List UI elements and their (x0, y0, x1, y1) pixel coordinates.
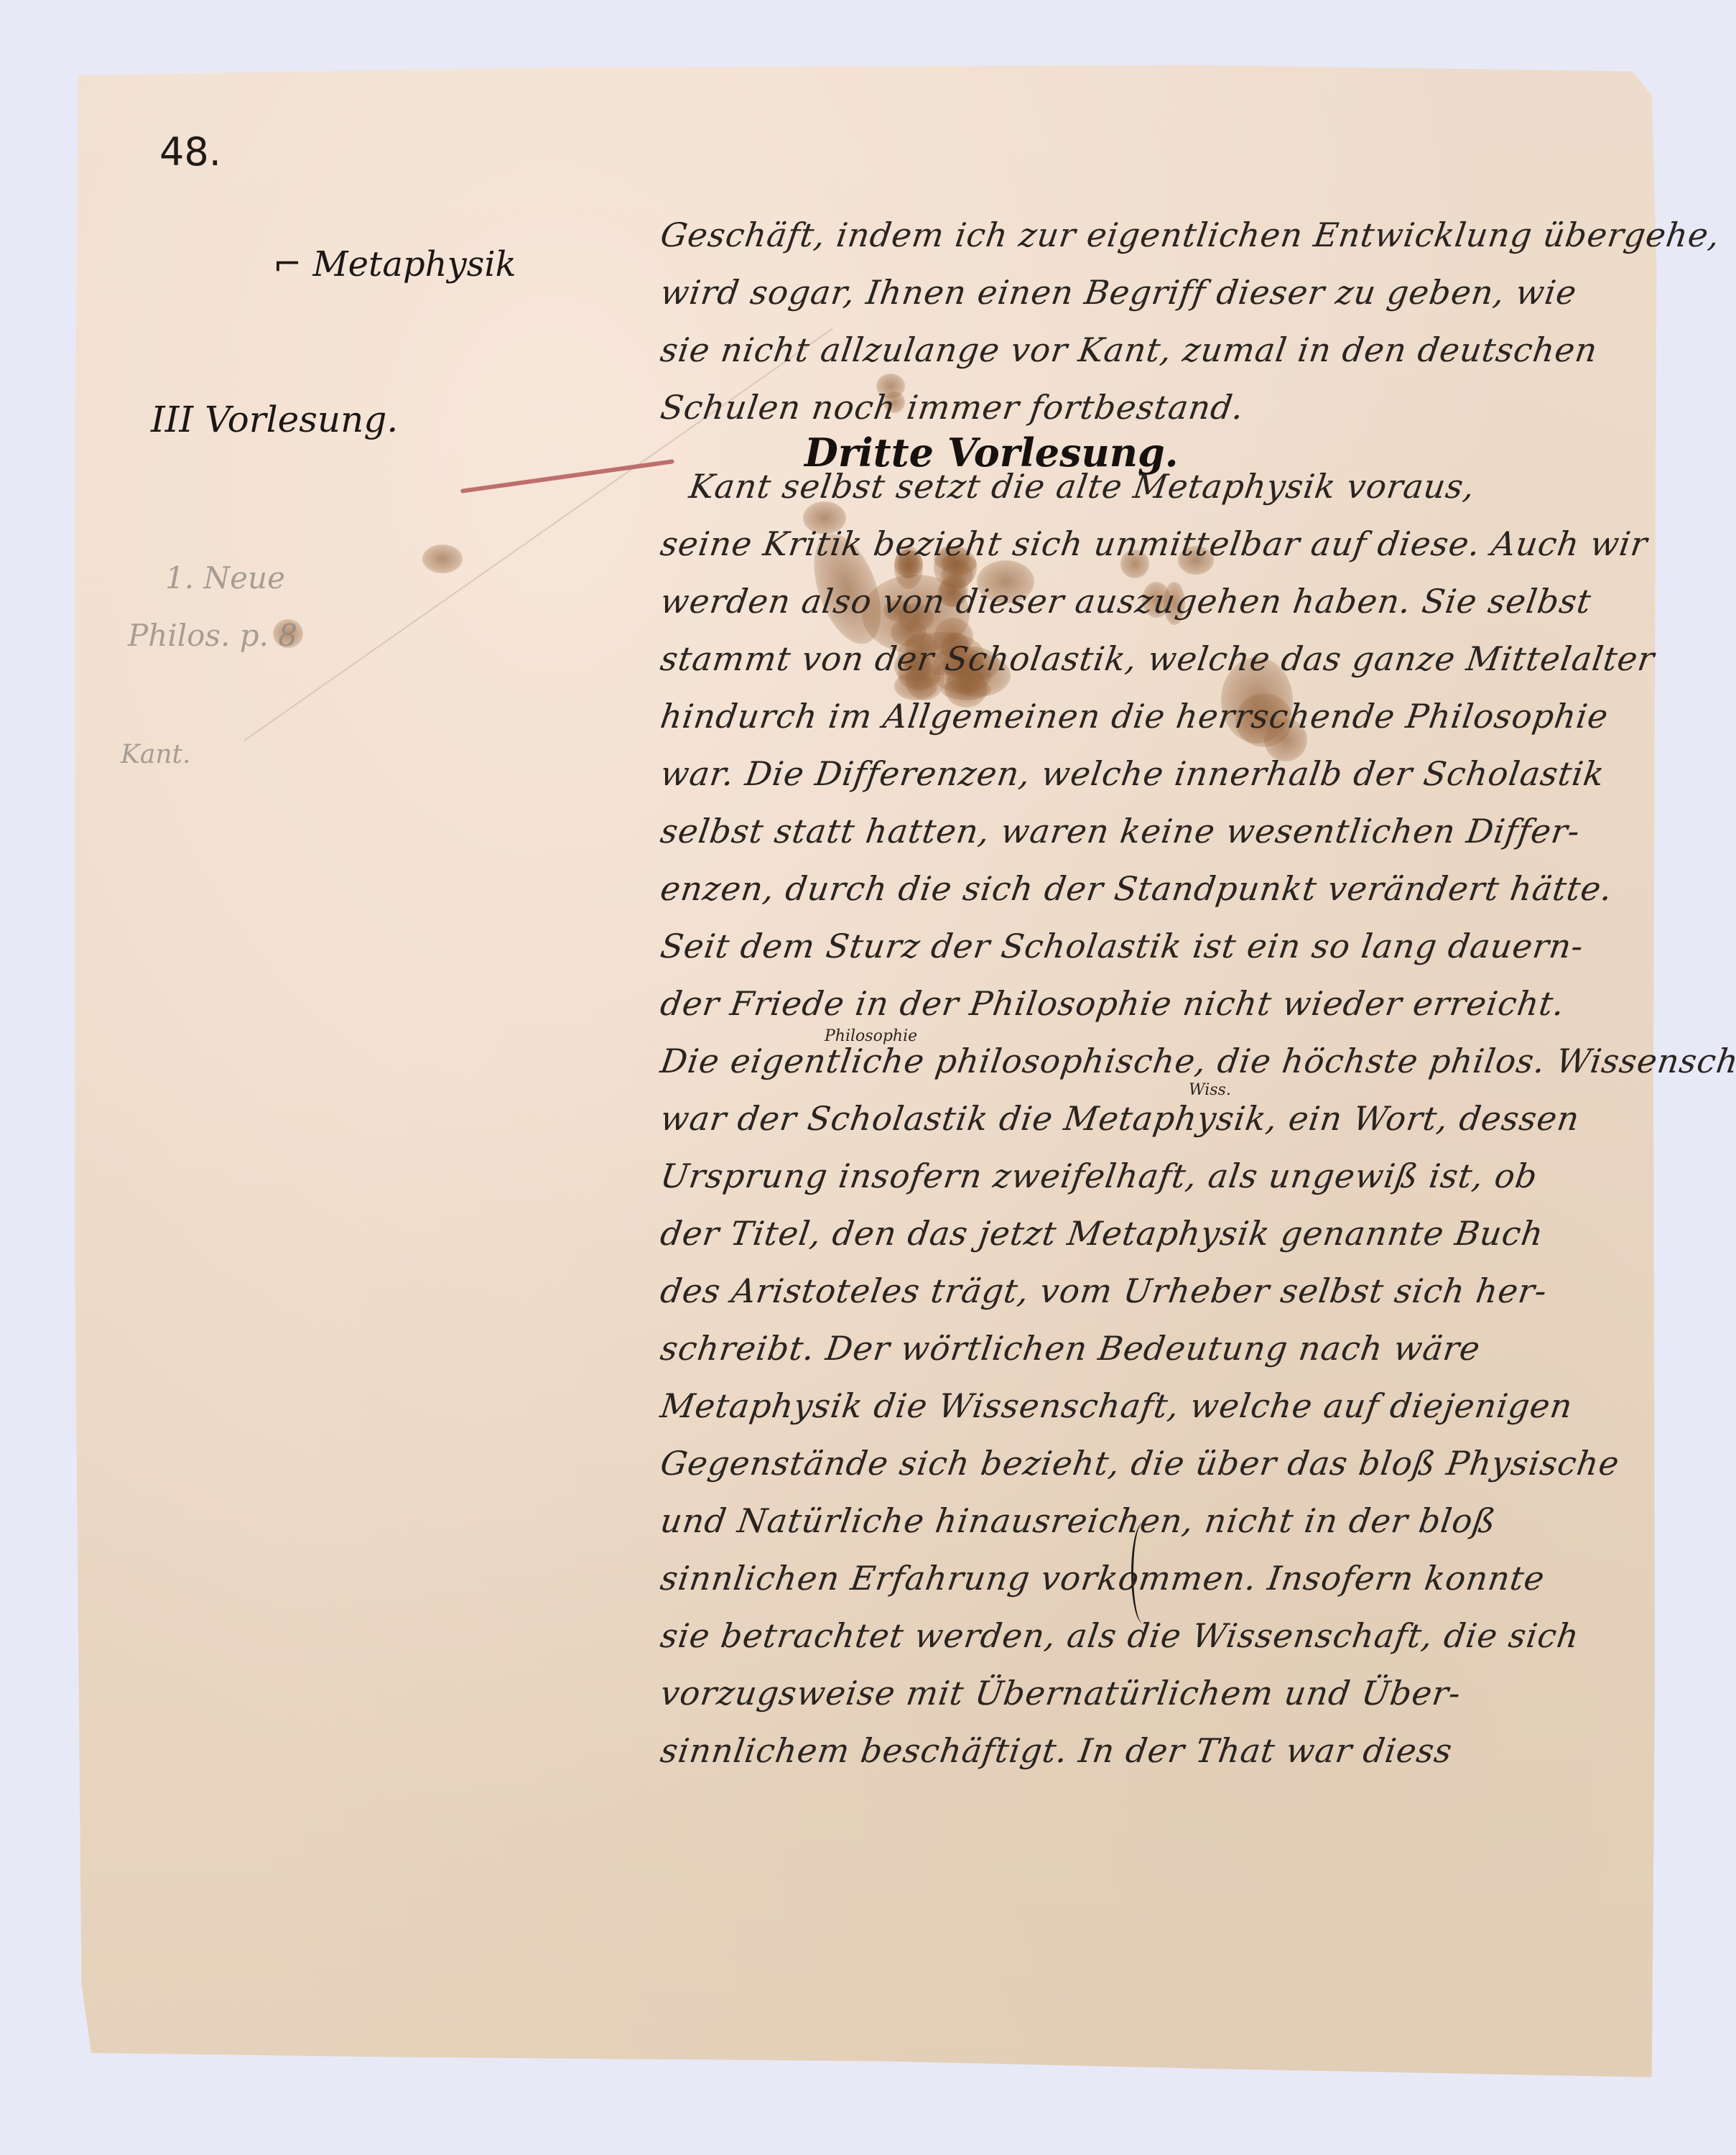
text-line: der Friede in der Philosophie nicht wied… (658, 984, 1567, 1023)
text-line: Gegenstände sich bezieht, die über das b… (658, 1444, 1622, 1483)
text-line: des Aristoteles trägt, vom Urheber selbs… (658, 1271, 1549, 1310)
text-line: sie nicht allzulange vor Kant, zumal in … (658, 330, 1600, 369)
text-line: schreibt. Der wörtlichen Bedeutung nach … (658, 1329, 1482, 1368)
manuscript-body: Geschäft, indem ich zur eigentlichen Ent… (0, 0, 1736, 2155)
text-line: war der Scholastik die Metaphysik, ein W… (658, 1099, 1582, 1138)
text-line: sinnlichen Erfahrung vorkommen. Insofern… (658, 1559, 1547, 1598)
text-line: wird sogar, Ihnen einen Begriff dieser z… (658, 273, 1579, 312)
interlinear-correction: Wiss. (1189, 1081, 1231, 1099)
text-line: Metaphysik die Wissenschaft, welche auf … (658, 1386, 1575, 1425)
text-line: seine Kritik bezieht sich unmittelbar au… (658, 524, 1650, 563)
text-line: hindurch im Allgemeinen die herrschende … (658, 697, 1611, 736)
text-line: selbst statt hatten, waren keine wesentl… (658, 812, 1582, 851)
text-line: sie betrachtet werden, als die Wissensch… (658, 1616, 1582, 1655)
text-line: Schulen noch immer fortbestand. (658, 388, 1246, 427)
text-line: war. Die Differenzen, welche innerhalb d… (658, 754, 1607, 793)
text-line: Die eigentliche philosophische, die höch… (658, 1042, 1736, 1080)
text-line: und Natürliche hinausreichen, nicht in d… (658, 1501, 1498, 1540)
text-line: Ursprung insofern zweifelhaft, als ungew… (658, 1157, 1540, 1195)
text-line: Seit dem Sturz der Scholastik ist ein so… (658, 927, 1586, 965)
text-line: werden also von dieser auszugehen haben.… (658, 582, 1594, 621)
text-line: vorzugsweise mit Übernatürlichem und Übe… (658, 1674, 1464, 1713)
text-line: der Titel, den das jetzt Metaphysik gena… (658, 1214, 1546, 1253)
text-line: enzen, durch die sich der Standpunkt ver… (658, 869, 1615, 908)
text-line: stammt von der Scholastik, welche das ga… (658, 639, 1657, 678)
text-line: sinnlichem beschäftigt. In der That war … (658, 1731, 1454, 1770)
text-line: Kant selbst setzt die alte Metaphysik vo… (687, 467, 1477, 506)
text-line: Geschäft, indem ich zur eigentlichen Ent… (658, 215, 1722, 254)
